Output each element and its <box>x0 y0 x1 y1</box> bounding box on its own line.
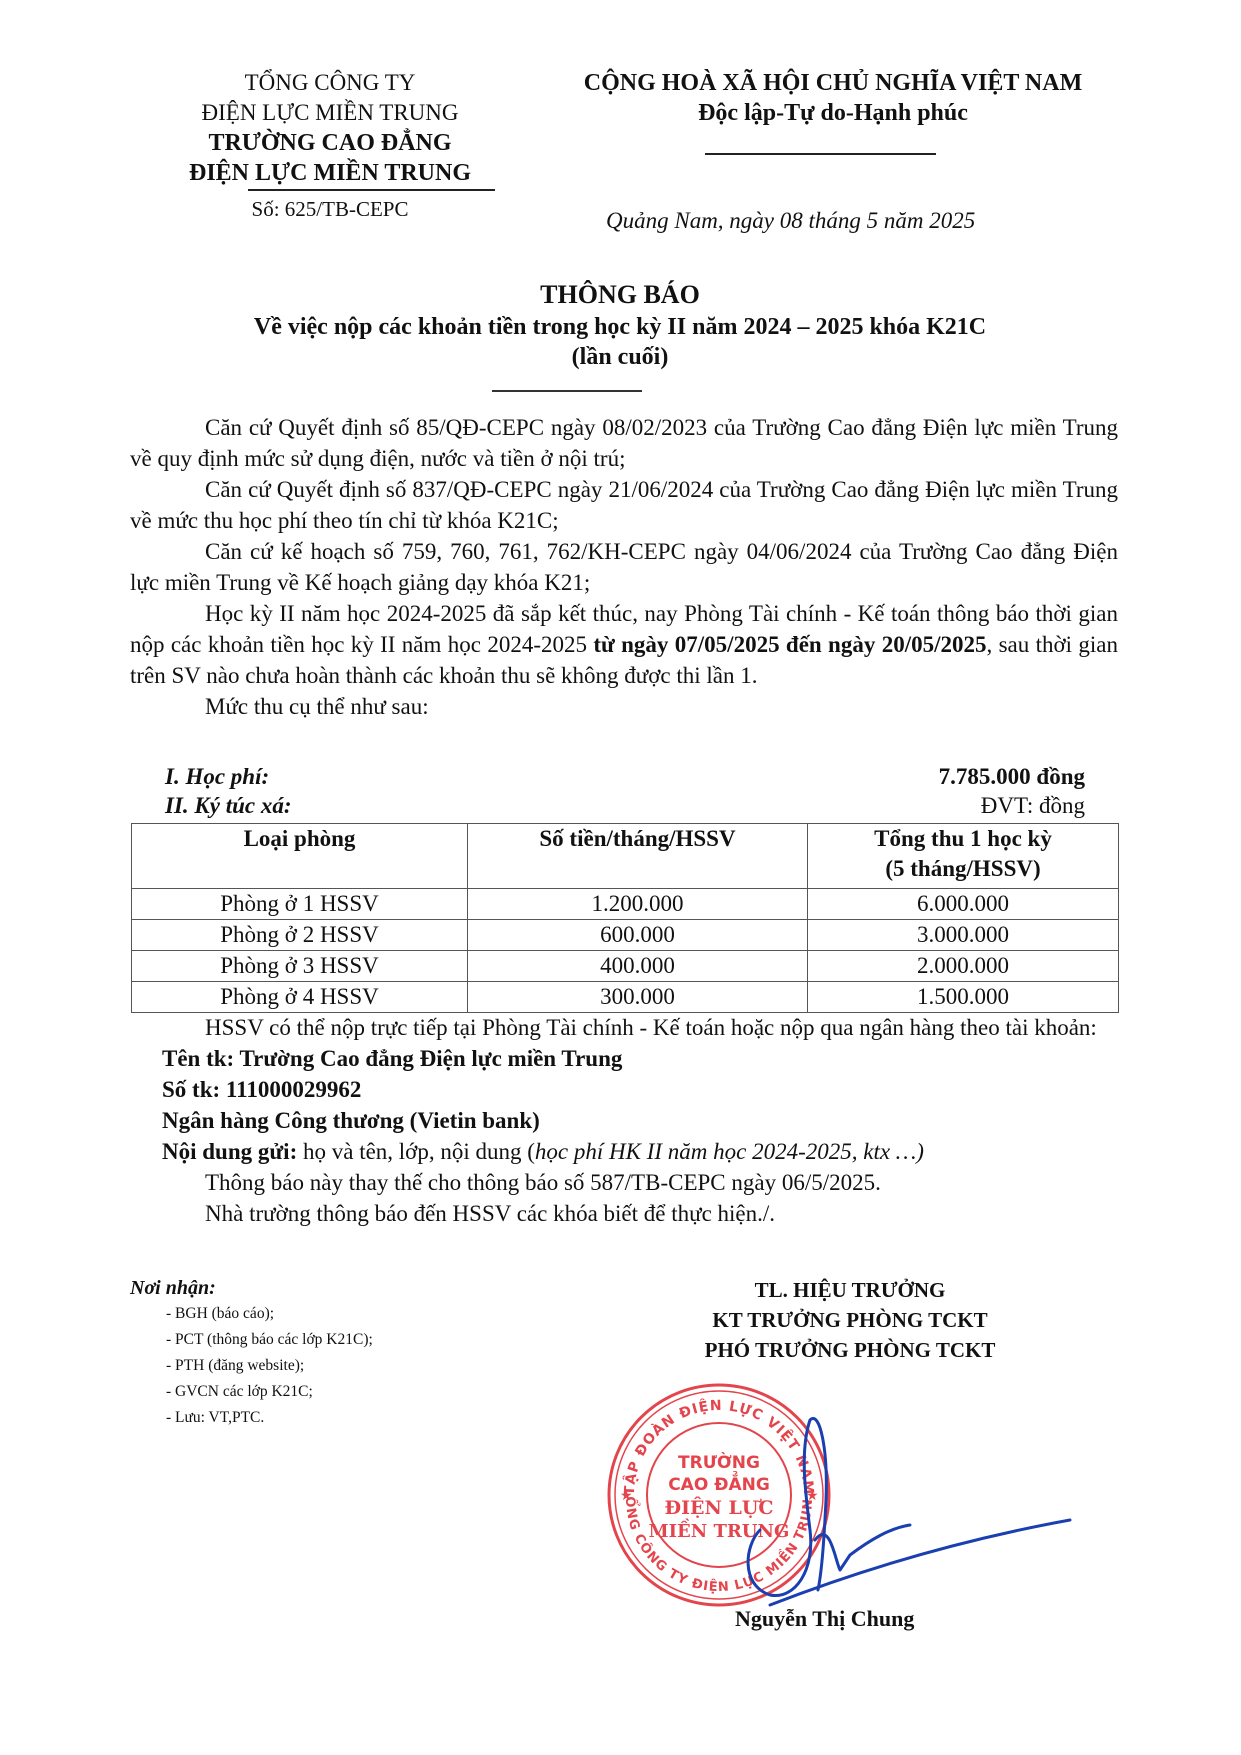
motto-underline <box>705 153 936 155</box>
dorm-fee-table: Loại phòng Số tiền/tháng/HSSV Tổng thu 1… <box>131 823 1119 1013</box>
transfer-content-label: Nội dung gửi: <box>162 1139 297 1164</box>
issuer-underline <box>248 189 495 191</box>
handwritten-signature-icon <box>740 1410 1080 1610</box>
room-type-cell: Phòng ở 4 HSSV <box>132 982 468 1013</box>
room-type-cell: Phòng ở 2 HSSV <box>132 920 468 951</box>
national-title: CỘNG HOÀ XÃ HỘI CHỦ NGHĨA VIỆT NAM <box>548 68 1118 98</box>
table-header-row: Loại phòng Số tiền/tháng/HSSV Tổng thu 1… <box>132 824 1119 889</box>
document-body: Căn cứ Quyết định số 85/QĐ-CEPC ngày 08/… <box>130 412 1118 722</box>
national-motto: Độc lập-Tự do-Hạnh phúc <box>548 98 1118 128</box>
dorm-label: II. Ký túc xá: <box>165 793 292 818</box>
monthly-fee-cell: 300.000 <box>468 982 808 1013</box>
table-row: Phòng ở 4 HSSV 300.000 1.500.000 <box>132 982 1119 1013</box>
table-row: Phòng ở 2 HSSV 600.000 3.000.000 <box>132 920 1119 951</box>
dorm-row: II. Ký túc xá: ĐVT: đồng <box>165 791 1085 820</box>
tuition-row: I. Học phí: 7.785.000 đồng <box>165 762 1085 791</box>
tuition-label: I. Học phí: <box>165 764 269 789</box>
transfer-content-example: học phí HK II năm học 2024-2025, ktx …) <box>535 1139 924 1164</box>
document-title: THÔNG BÁO <box>120 278 1120 312</box>
recipient-item: - Lưu: VT,PTC. <box>130 1405 373 1431</box>
table-row: Phòng ở 1 HSSV 1.200.000 6.000.000 <box>132 889 1119 920</box>
signatory-authority-2: KT TRƯỞNG PHÒNG TCKT <box>600 1305 1100 1335</box>
signatory-title: PHÓ TRƯỞNG PHÒNG TCKT <box>600 1335 1100 1365</box>
document-subtitle: Về việc nộp các khoản tiền trong học kỳ … <box>120 312 1120 342</box>
column-header-room-type: Loại phòng <box>132 824 468 889</box>
semester-total-cell: 2.000.000 <box>808 951 1119 982</box>
payment-period-dates: từ ngày 07/05/2025 đến ngày 20/05/2025 <box>593 632 986 657</box>
issuer-name-line1: TRƯỜNG CAO ĐẲNG <box>150 128 510 158</box>
transfer-content: Nội dung gửi: họ và tên, lớp, nội dung (… <box>130 1136 1118 1167</box>
svg-text:★: ★ <box>620 1488 633 1504</box>
semester-total-label: Tổng thu 1 học kỳ <box>874 826 1052 851</box>
semester-total-cell: 3.000.000 <box>808 920 1119 951</box>
recipient-item: - PTH (đăng website); <box>130 1353 373 1379</box>
issuer-parent-line2: ĐIỆN LỰC MIỀN TRUNG <box>150 98 510 128</box>
unit-label: ĐVT: đồng <box>981 791 1085 820</box>
bank-name: Ngân hàng Công thương (Vietin bank) <box>130 1105 1118 1136</box>
document-number: Số: 625/TB-CEPC <box>150 194 510 224</box>
account-name: Tên tk: Trường Cao đẳng Điện lực miền Tr… <box>130 1043 1118 1074</box>
issue-date: Quảng Nam, ngày 08 tháng 5 năm 2025 <box>606 208 975 234</box>
monthly-fee-cell: 400.000 <box>468 951 808 982</box>
recipient-item: - BGH (báo cáo); <box>130 1301 373 1327</box>
account-number: Số tk: 111000029962 <box>130 1074 1118 1105</box>
closing-statement: Nhà trường thông báo đến HSSV các khóa b… <box>130 1198 1118 1229</box>
document-title-block: THÔNG BÁO Về việc nộp các khoản tiền tro… <box>120 278 1120 372</box>
transfer-content-text: họ và tên, lớp, nội dung ( <box>297 1139 535 1164</box>
monthly-fee-cell: 600.000 <box>468 920 808 951</box>
tuition-value: 7.785.000 đồng <box>939 762 1085 791</box>
title-divider <box>492 390 642 392</box>
payment-intro: HSSV có thể nộp trực tiếp tại Phòng Tài … <box>130 1012 1118 1043</box>
recipient-item: - GVCN các lớp K21C; <box>130 1379 373 1405</box>
column-header-semester-total: Tổng thu 1 học kỳ(5 tháng/HSSV) <box>808 824 1119 889</box>
signatory-authority-1: TL. HIỆU TRƯỞNG <box>600 1275 1100 1305</box>
column-header-monthly-fee: Số tiền/tháng/HSSV <box>468 824 808 889</box>
issuer-header: TỔNG CÔNG TY ĐIỆN LỰC MIỀN TRUNG TRƯỜNG … <box>150 68 510 224</box>
basis-paragraph-1: Căn cứ Quyết định số 85/QĐ-CEPC ngày 08/… <box>130 412 1118 474</box>
payment-period-paragraph: Học kỳ II năm học 2024-2025 đã sắp kết t… <box>130 598 1118 691</box>
basis-paragraph-2: Căn cứ Quyết định số 837/QĐ-CEPC ngày 21… <box>130 474 1118 536</box>
semester-total-cell: 1.500.000 <box>808 982 1119 1013</box>
payment-info: HSSV có thể nộp trực tiếp tại Phòng Tài … <box>130 1012 1118 1229</box>
recipients-list: Nơi nhận: - BGH (báo cáo); - PCT (thông … <box>130 1275 373 1431</box>
signature-block: TL. HIỆU TRƯỞNG KT TRƯỞNG PHÒNG TCKT PHÓ… <box>600 1275 1100 1365</box>
national-header: CỘNG HOÀ XÃ HỘI CHỦ NGHĨA VIỆT NAM Độc l… <box>548 68 1118 128</box>
issuer-name-line2: ĐIỆN LỰC MIỀN TRUNG <box>150 158 510 188</box>
semester-total-sublabel: (5 tháng/HSSV) <box>885 856 1040 881</box>
room-type-cell: Phòng ở 1 HSSV <box>132 889 468 920</box>
fee-intro: Mức thu cụ thể như sau: <box>130 691 1118 722</box>
basis-paragraph-3: Căn cứ kế hoạch số 759, 760, 761, 762/KH… <box>130 536 1118 598</box>
table-row: Phòng ở 3 HSSV 400.000 2.000.000 <box>132 951 1119 982</box>
recipients-heading: Nơi nhận: <box>130 1275 373 1301</box>
issuer-parent-line1: TỔNG CÔNG TY <box>150 68 510 98</box>
room-type-cell: Phòng ở 3 HSSV <box>132 951 468 982</box>
recipient-item: - PCT (thông báo các lớp K21C); <box>130 1327 373 1353</box>
signer-name: Nguyễn Thị Chung <box>735 1606 914 1632</box>
replacement-note: Thông báo này thay thế cho thông báo số … <box>130 1167 1118 1198</box>
semester-total-cell: 6.000.000 <box>808 889 1119 920</box>
document-subtitle-note: (lần cuối) <box>120 342 1120 372</box>
monthly-fee-cell: 1.200.000 <box>468 889 808 920</box>
